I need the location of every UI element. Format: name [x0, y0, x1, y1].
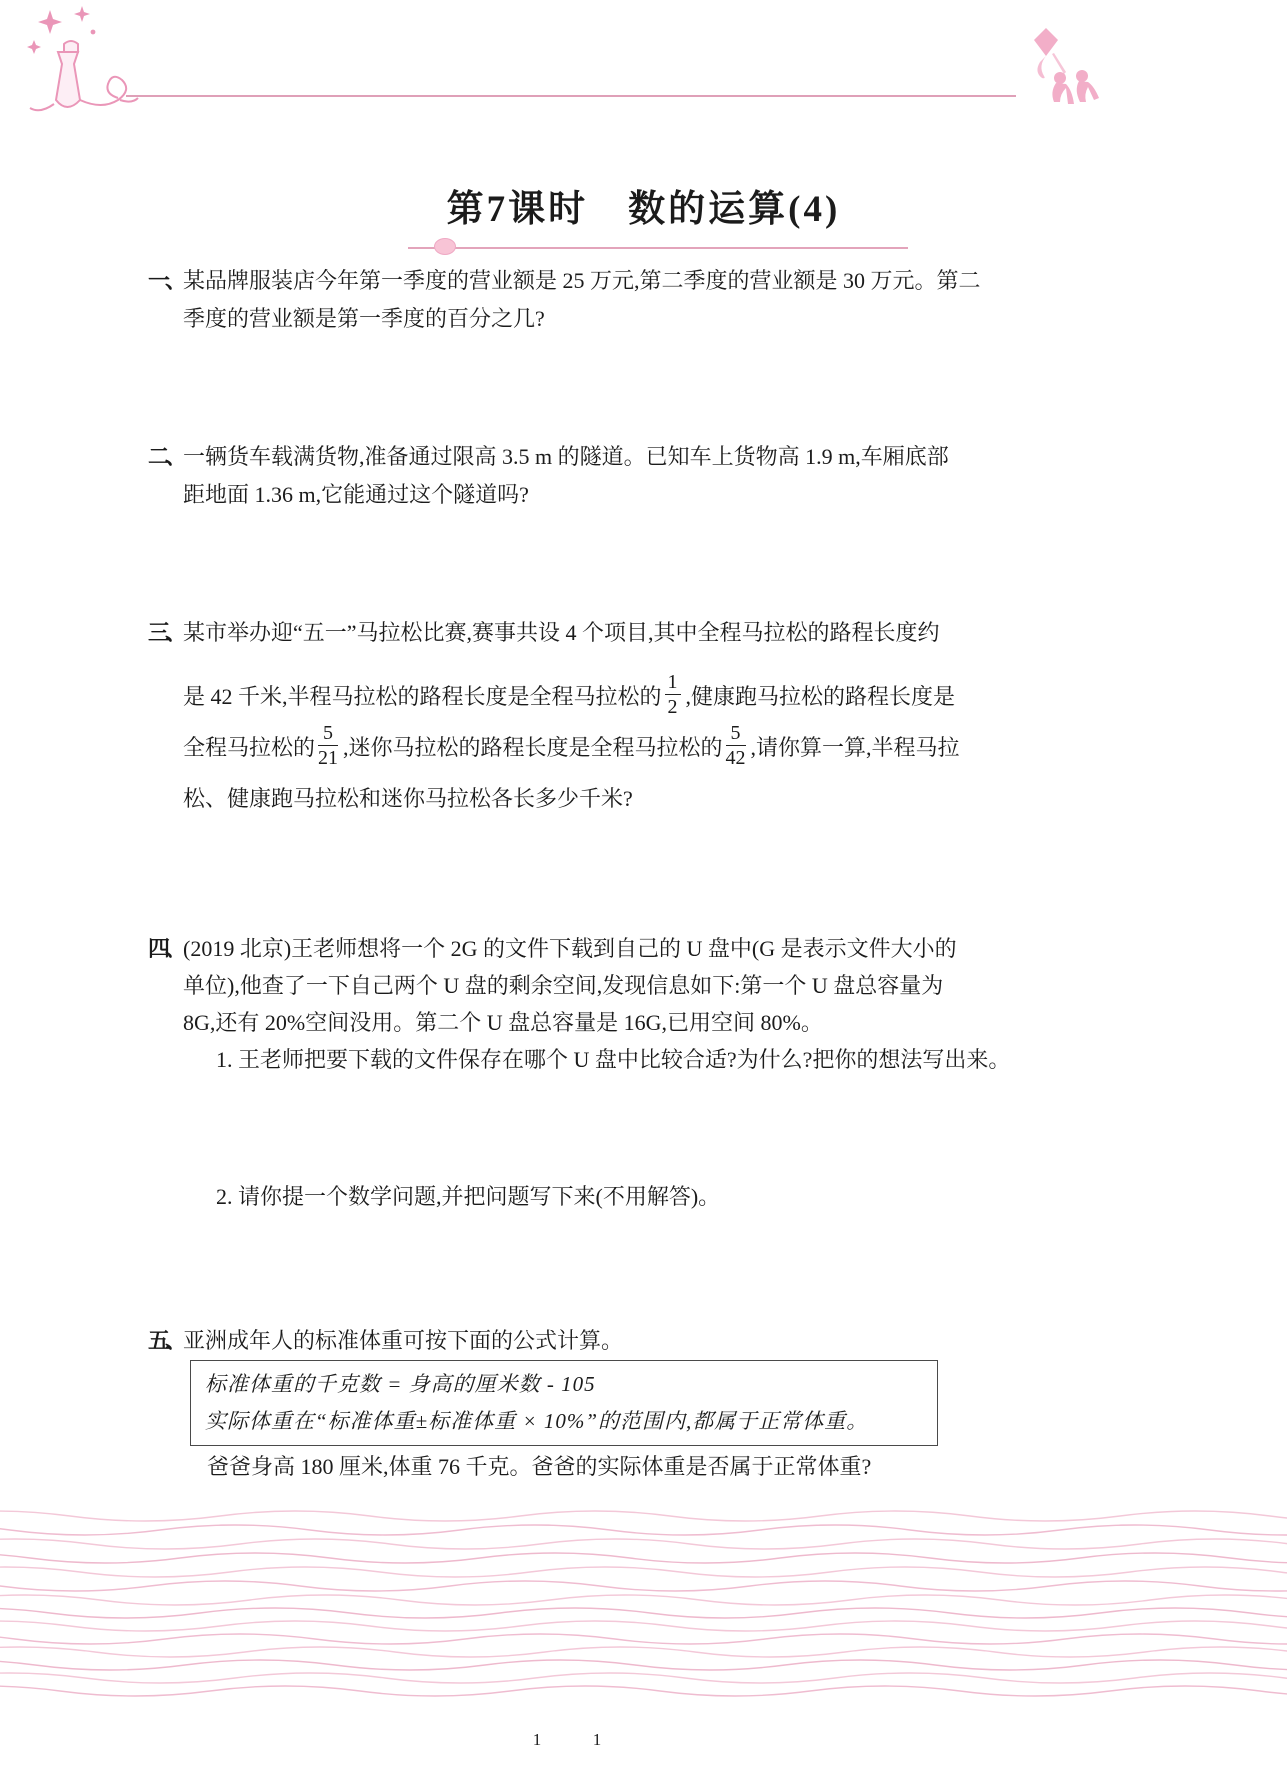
problem-3-line-3-post: ,请你算一算,半程马拉 — [751, 735, 960, 760]
formula-line-2: 实际体重在“标准体重±标准体重 × 10%”的范围内,都属于正常体重。 — [205, 1403, 923, 1440]
problem-2-text: 一辆货车载满货物,准备通过限高 3.5 m 的隧道。已知车上货物高 1.9 m,… — [183, 444, 949, 469]
formula-line-1: 标准体重的千克数 = 身高的厘米数 - 105 — [205, 1366, 923, 1403]
magic-lamp-sparkles-icon — [20, 4, 142, 122]
children-flying-kite-icon — [1002, 26, 1102, 112]
problem-3-line-2-post: ,健康跑马拉松的路程长度是 — [686, 684, 956, 709]
problem-3-line-1: 三、某市举办迎“五一”马拉松比赛,赛事共设 4 个项目,其中全程马拉松的路程长度… — [148, 614, 940, 652]
problem-1-number: 一、 — [148, 262, 183, 300]
title-underline — [408, 247, 908, 249]
fraction-five-fortyseconds: 542 — [726, 722, 746, 770]
problem-4-sub-question-2: 2. 请你提一个数学问题,并把问题写下来(不用解答)。 — [216, 1178, 720, 1216]
problem-1-line-2: 季度的营业额是第一季度的百分之几? — [183, 300, 545, 338]
problem-4-line-3: 8G,还有 20%空间没用。第二个 U 盘总容量是 16G,已用空间 80%。 — [183, 1004, 823, 1042]
fraction-one-half: 12 — [665, 671, 681, 719]
footer-page-number-left: 1 — [527, 1730, 547, 1750]
problem-5-intro: 亚洲成年人的标准体重可按下面的公式计算。 — [183, 1328, 623, 1353]
problem-4-line-2: 单位),他查了一下自己两个 U 盘的剩余空间,发现信息如下:第一个 U 盘总容量… — [183, 967, 943, 1005]
problem-3-line-4: 松、健康跑马拉松和迷你马拉松各长多少千米? — [183, 780, 633, 818]
problem-4-sub-question-1: 1. 王老师把要下载的文件保存在哪个 U 盘中比较合适?为什么?把你的想法写出来… — [216, 1041, 1010, 1079]
fraction-five-twentyfirsts: 521 — [318, 722, 338, 770]
problem-3-line-3-pre: 全程马拉松的 — [183, 735, 315, 760]
problem-4-number: 四、 — [148, 930, 183, 968]
pink-ellipse-dot-icon — [434, 238, 456, 255]
problem-3-line-3: 全程马拉松的521,迷你马拉松的路程长度是全程马拉松的542,请你算一算,半程马… — [183, 714, 960, 782]
problem-2-line-2: 距地面 1.36 m,它能通过这个隧道吗? — [183, 476, 529, 514]
problem-3-text: 某市举办迎“五一”马拉松比赛,赛事共设 4 个项目,其中全程马拉松的路程长度约 — [183, 620, 940, 645]
problem-2-line-1: 二、一辆货车载满货物,准备通过限高 3.5 m 的隧道。已知车上货物高 1.9 … — [148, 438, 949, 476]
problem-5-closing: 爸爸身高 180 厘米,体重 76 千克。爸爸的实际体重是否属于正常体重? — [207, 1448, 871, 1486]
problem-2-number: 二、 — [148, 438, 183, 476]
problem-5-number: 五、 — [148, 1322, 183, 1360]
pink-wavy-lines-icon — [0, 1502, 1287, 1717]
problem-4-line-1: 四、(2019 北京)王老师想将一个 2G 的文件下载到自己的 U 盘中(G 是… — [148, 930, 957, 968]
problem-1-line-1: 一、某品牌服装店今年第一季度的营业额是 25 万元,第二季度的营业额是 30 万… — [148, 262, 981, 300]
footer-page-number-right: 1 — [587, 1730, 607, 1750]
problem-1-text: 某品牌服装店今年第一季度的营业额是 25 万元,第二季度的营业额是 30 万元。… — [183, 268, 981, 293]
page-title: 第7课时 数的运算(4) — [0, 178, 1287, 232]
worksheet-page: 第7课时 数的运算(4) 一、某品牌服装店今年第一季度的营业额是 25 万元,第… — [0, 0, 1287, 1789]
problem-4-text: (2019 北京)王老师想将一个 2G 的文件下载到自己的 U 盘中(G 是表示… — [183, 936, 957, 961]
header-divider-line — [126, 95, 1016, 97]
formula-box: 标准体重的千克数 = 身高的厘米数 - 105 实际体重在“标准体重±标准体重 … — [190, 1360, 938, 1446]
problem-3-number: 三、 — [148, 614, 183, 652]
problem-3-line-2-pre: 是 42 千米,半程马拉松的路程长度是全程马拉松的 — [183, 684, 662, 709]
problem-3-line-3-mid: ,迷你马拉松的路程长度是全程马拉松的 — [343, 735, 723, 760]
problem-5-line-1: 五、亚洲成年人的标准体重可按下面的公式计算。 — [148, 1322, 623, 1360]
